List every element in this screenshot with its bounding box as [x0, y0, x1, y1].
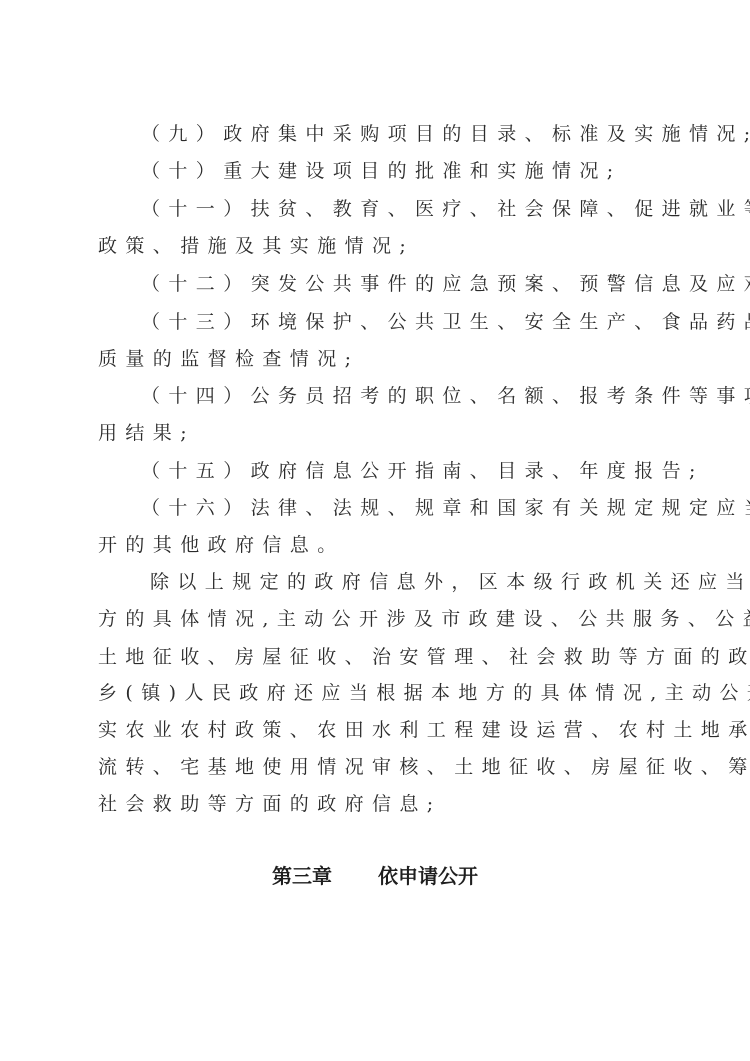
chapter-heading: 第三章依申请公开	[0, 860, 750, 892]
list-item-11-continued: 政策、措施及其实施情况;	[98, 231, 658, 261]
paragraph-line: 流转、宅基地使用情况审核、土地征收、房屋征收、筹资筹劳、	[98, 752, 658, 782]
list-item-12: （十二）突发公共事件的应急预案、预警信息及应对情况;	[141, 269, 701, 299]
paragraph-line: 社会救助等方面的政府信息;	[98, 789, 658, 819]
list-item-14: （十四）公务员招考的职位、名额、报考条件等事项以及录	[141, 381, 701, 411]
list-item-14-continued: 用结果;	[98, 418, 658, 448]
list-item-10: （十）重大建设项目的批准和实施情况;	[141, 156, 701, 186]
document-page: （九）政府集中采购项目的目录、标准及实施情况; （十）重大建设项目的批准和实施情…	[0, 0, 750, 1061]
paragraph-line: 除以上规定的政府信息外，区本级行政机关还应当根据本地	[150, 567, 710, 597]
chapter-number: 第三章	[272, 864, 332, 888]
paragraph-line: 实农业农村政策、农田水利工程建设运营、农村土地承包经营权	[98, 715, 658, 745]
list-item-9: （九）政府集中采购项目的目录、标准及实施情况;	[141, 119, 701, 149]
list-item-13-continued: 质量的监督检查情况;	[98, 344, 658, 374]
list-item-16: （十六）法律、法规、规章和国家有关规定规定应当主动公	[141, 493, 701, 523]
list-item-11: （十一）扶贫、教育、医疗、社会保障、促进就业等方面的	[141, 194, 701, 224]
list-item-13: （十三）环境保护、公共卫生、安全生产、食品药品、产品	[141, 307, 701, 337]
paragraph-line: 土地征收、房屋征收、治安管理、社会救助等方面的政府信息;	[98, 642, 658, 672]
paragraph-line: 方的具体情况,主动公开涉及市政建设、公共服务、公益事业、	[98, 604, 658, 634]
list-item-16-continued: 开的其他政府信息。	[98, 530, 658, 560]
paragraph-line: 乡(镇)人民政府还应当根据本地方的具体情况,主动公开贯彻落	[98, 678, 658, 708]
list-item-15: （十五）政府信息公开指南、目录、年度报告;	[141, 456, 701, 486]
chapter-title: 依申请公开	[378, 864, 478, 888]
